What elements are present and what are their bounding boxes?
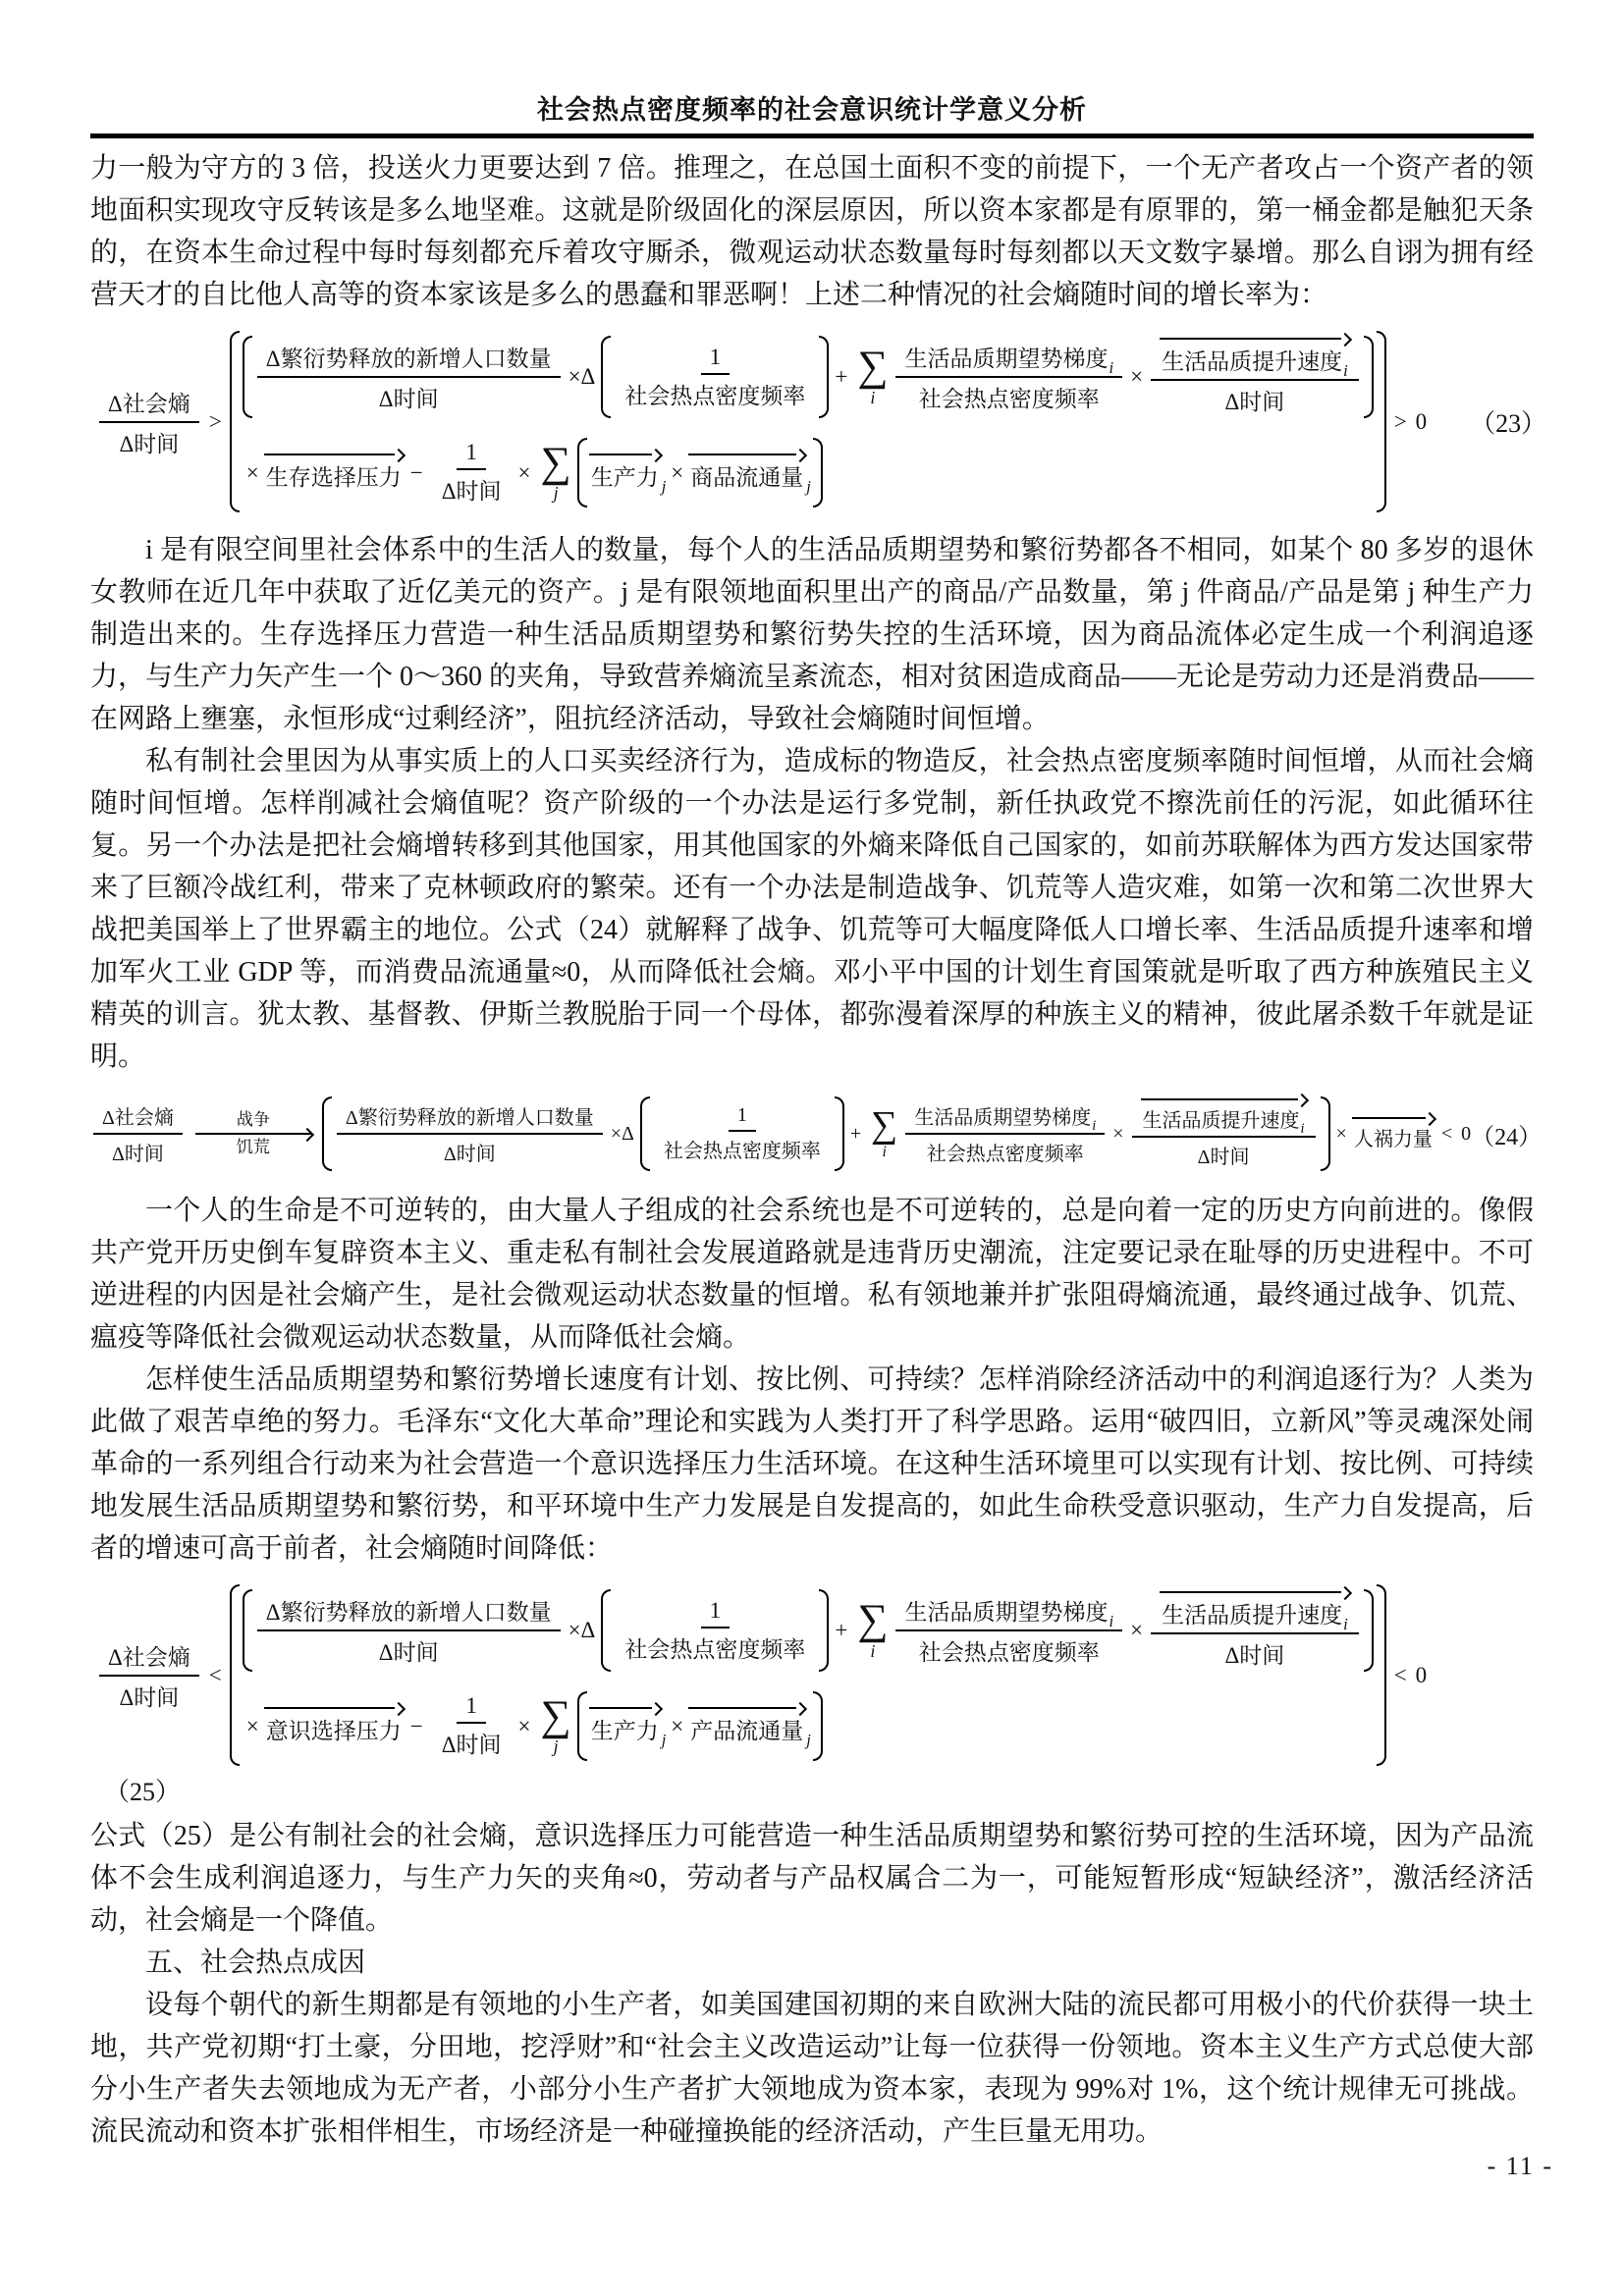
equation-label-24: （24） [1471,1117,1542,1151]
left-paren [230,1584,240,1766]
fraction: 生活品质提升速度i Δ时间 [1151,335,1359,419]
left-paren [640,1096,650,1171]
formula-23: Δ社会熵 Δ时间 > Δ繁衍势释放的新增人口数量 Δ时间 ×Δ 1 社会热点密度… [96,330,1534,513]
summation: ∑ j [541,443,571,503]
left-paren [322,1096,332,1171]
vector-term: 生产力j [589,1707,667,1745]
formula-row-1: Δ繁衍势释放的新增人口数量 Δ时间 ×Δ 1 社会热点密度频率 + ∑ i [242,335,1375,419]
right-paren [819,1589,829,1672]
vector-term: 产品流通量j [688,1707,811,1745]
right-paren [1377,331,1386,512]
right-paren [835,1096,844,1171]
tail-value: 0 [1416,1663,1428,1688]
summation: ∑ i [857,347,888,406]
operator: × [1336,1123,1347,1146]
vector-term: 商品流通量j [688,454,811,492]
vector-term: 生产力j [589,454,667,492]
fraction: 1 Δ时间 [433,437,511,508]
right-paren [819,336,829,418]
operator: + [850,1123,861,1146]
operator: ×Δ [568,364,596,390]
left-paren [230,331,240,512]
paragraph-5: 怎样使生活品质期望势和繁衍势增长速度有计划、按比例、可持续？怎样消除经济活动中的… [90,1359,1534,1570]
left-paren [243,336,252,418]
relation: < [209,1663,222,1688]
vector-overline: 生存选择压力 [264,454,404,492]
fraction: Δ繁衍势释放的新增人口数量 Δ时间 [257,1591,561,1670]
summation: ∑ i [857,1600,888,1660]
paragraph-1: 力一般为守方的 3 倍，投送火力更要达到 7 倍。推理之，在总国土面积不变的前提… [90,147,1534,316]
fraction: 生活品质提升速度i Δ时间 [1151,1588,1359,1673]
right-paren [813,1691,823,1761]
left-paren [577,1691,587,1761]
paragraph-4: 一个人的生命是不可逆转的，由大量人子组成的社会系统也是不可逆转的，总是向着一定的… [90,1190,1534,1359]
relation: < [1394,1663,1407,1688]
right-paren [1364,1589,1374,1672]
paragraph-3: 私有制社会里因为从事实质上的人口买卖经济行为，造成标的物造反，社会热点密度频率随… [90,740,1534,1078]
operator: ×Δ [568,1618,596,1643]
page-title: 社会热点密度频率的社会意识统计学意义分析 [90,93,1534,127]
summation: ∑ i [871,1107,897,1160]
operator: × [246,1714,259,1739]
formula-stack: Δ繁衍势释放的新增人口数量 Δ时间 ×Δ 1 社会热点密度频率 + ∑ i [242,1583,1375,1767]
tail-value: 0 [1416,409,1428,435]
vector-overline: 生活品质提升速度i [1160,338,1350,376]
vector-overline: 生活品质提升速度i [1141,1098,1307,1133]
operator: + [835,1618,847,1643]
right-paren [1364,336,1374,418]
vector-overline: 人祸力量 [1352,1117,1435,1151]
left-paren [601,336,611,418]
fraction: 生活品质提升速度i Δ时间 [1132,1095,1316,1172]
header-rule [90,133,1534,138]
fraction: 1 社会热点密度频率 [655,1101,830,1166]
formula-stack: Δ繁衍势释放的新增人口数量 Δ时间 ×Δ 1 社会热点密度频率 + ∑ i [242,330,1375,513]
formula-24: Δ社会熵 Δ时间 战争 饥荒 Δ繁衍势释放的新增人口数量 Δ时间 ×Δ 1 社会… [90,1095,1534,1172]
right-paren [1321,1096,1330,1171]
formula-25: Δ社会熵 Δ时间 < Δ繁衍势释放的新增人口数量 Δ时间 ×Δ 1 社会热点密度… [96,1583,1534,1767]
equation-label-25: （25） [104,1771,1534,1813]
paragraph-7: 设每个朝代的新生期都是有领地的小生产者，如美国建国初期的来自欧洲大陆的流民都可用… [90,1984,1534,2153]
fraction: 生活品质期望势梯度i 社会热点密度频率 [905,1098,1105,1169]
left-paren [243,1589,252,1672]
lhs-fraction: Δ社会熵 Δ时间 [99,383,199,461]
operator: × [518,1714,531,1739]
page-number: - 11 - [1488,2152,1553,2181]
fraction: Δ繁衍势释放的新增人口数量 Δ时间 [337,1098,603,1169]
operator: × [1130,364,1143,390]
formula-row-1: Δ繁衍势释放的新增人口数量 Δ时间 ×Δ 1 社会热点密度频率 + ∑ i [242,1588,1375,1673]
lhs-fraction: Δ社会熵 Δ时间 [99,1636,199,1715]
relation: < [1441,1123,1452,1146]
operator: ×Δ [611,1123,634,1146]
fraction: 生活品质期望势梯度i 社会热点密度频率 [895,338,1122,416]
vector-overline: 意识选择压力 [264,1707,404,1745]
document-page: 社会热点密度频率的社会意识统计学意义分析 力一般为守方的 3 倍，投送火力更要达… [0,0,1624,2296]
left-paren [577,438,587,507]
relation: > [1394,409,1407,435]
vector-overline: 生活品质提升速度i [1160,1591,1350,1629]
operator: × [671,460,683,486]
body-text: 力一般为守方的 3 倍，投送火力更要达到 7 倍。推理之，在总国土面积不变的前提… [90,147,1534,2153]
right-paren [813,438,823,507]
fraction: 1 社会热点密度频率 [616,1595,814,1667]
operator: − [410,460,423,486]
left-paren [601,1589,611,1672]
section-heading: 五、社会热点成因 [90,1942,1534,1984]
operator: × [1130,1618,1143,1643]
operator: × [1112,1123,1123,1146]
right-paren [1377,1584,1386,1766]
paragraph-2: i 是有限空间里社会体系中的生活人的数量，每个人的生活品质期望势和繁衍势都各不相… [90,529,1534,740]
formula-row-2: × 意识选择压力 − 1 Δ时间 × ∑ j 生产力j [242,1690,824,1762]
operator: + [835,364,847,390]
arrow-shaft [195,1133,311,1135]
fraction: Δ繁衍势释放的新增人口数量 Δ时间 [257,338,561,416]
fraction: 1 Δ时间 [433,1690,511,1762]
formula-row-2: × 生存选择压力 − 1 Δ时间 × ∑ j 生产力j [242,437,824,508]
summation: ∑ j [541,1696,571,1756]
operator: − [410,1714,423,1739]
paragraph-6: 公式（25）是公有制社会的社会熵，意识选择压力可能营造一种生活品质期望势和繁衍势… [90,1815,1534,1942]
lhs-fraction: Δ社会熵 Δ时间 [93,1098,183,1169]
fraction: 生活品质期望势梯度i 社会热点密度频率 [895,1591,1122,1670]
operator: × [671,1714,683,1739]
equation-label-23: （23） [1470,403,1546,440]
fraction: 1 社会热点密度频率 [616,342,814,413]
operator: × [518,460,531,486]
tail-value: 0 [1461,1123,1471,1146]
labeled-arrow: 战争 饥荒 [195,1111,311,1156]
relation: > [209,409,222,435]
operator: × [246,460,259,486]
